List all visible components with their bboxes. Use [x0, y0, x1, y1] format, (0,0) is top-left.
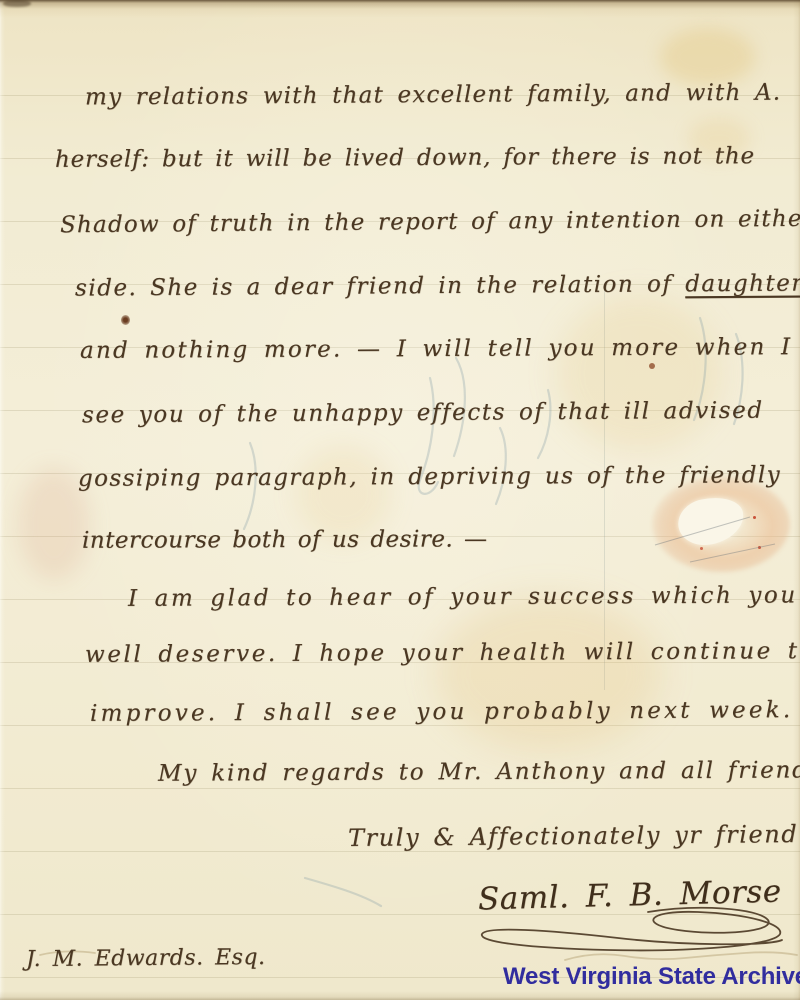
letter-line: I am glad to hear of your success which …: [128, 579, 800, 615]
underlined-word: daughter: [685, 270, 800, 297]
letter-line: herself: but it will be lived down, for …: [55, 140, 755, 176]
letter-line: and nothing more. — I will tell you more…: [80, 331, 792, 367]
archive-watermark: West Virginia State Archives: [503, 963, 800, 991]
letter-page: my relations with that excellent family,…: [0, 0, 800, 1000]
letter-line: gossiping paragraph, in depriving us of …: [78, 459, 781, 495]
letter-line: side. She is a dear friend in the relati…: [75, 267, 800, 304]
letter-line: my relations with that excellent family,…: [85, 77, 781, 114]
closing-line: Truly & Affectionately yr friend: [348, 818, 799, 856]
signature-text: Saml. F. B. Morse ..: [477, 870, 800, 922]
letter-line: Shadow of truth in the report of any int…: [60, 203, 800, 242]
letter-text-layer: my relations with that excellent family,…: [0, 0, 800, 1000]
letter-line: intercourse both of us desire. —: [82, 523, 488, 557]
letter-line: well deserve. I hope your health will co…: [85, 635, 800, 671]
letter-line: My kind regards to Mr. Anthony and all f…: [158, 754, 800, 790]
letter-line: see you of the unhappy effects of that i…: [82, 395, 764, 432]
addressee-line: J. M. Edwards. Esq.: [26, 943, 266, 976]
letter-line: improve. I shall see you probably next w…: [90, 694, 793, 730]
